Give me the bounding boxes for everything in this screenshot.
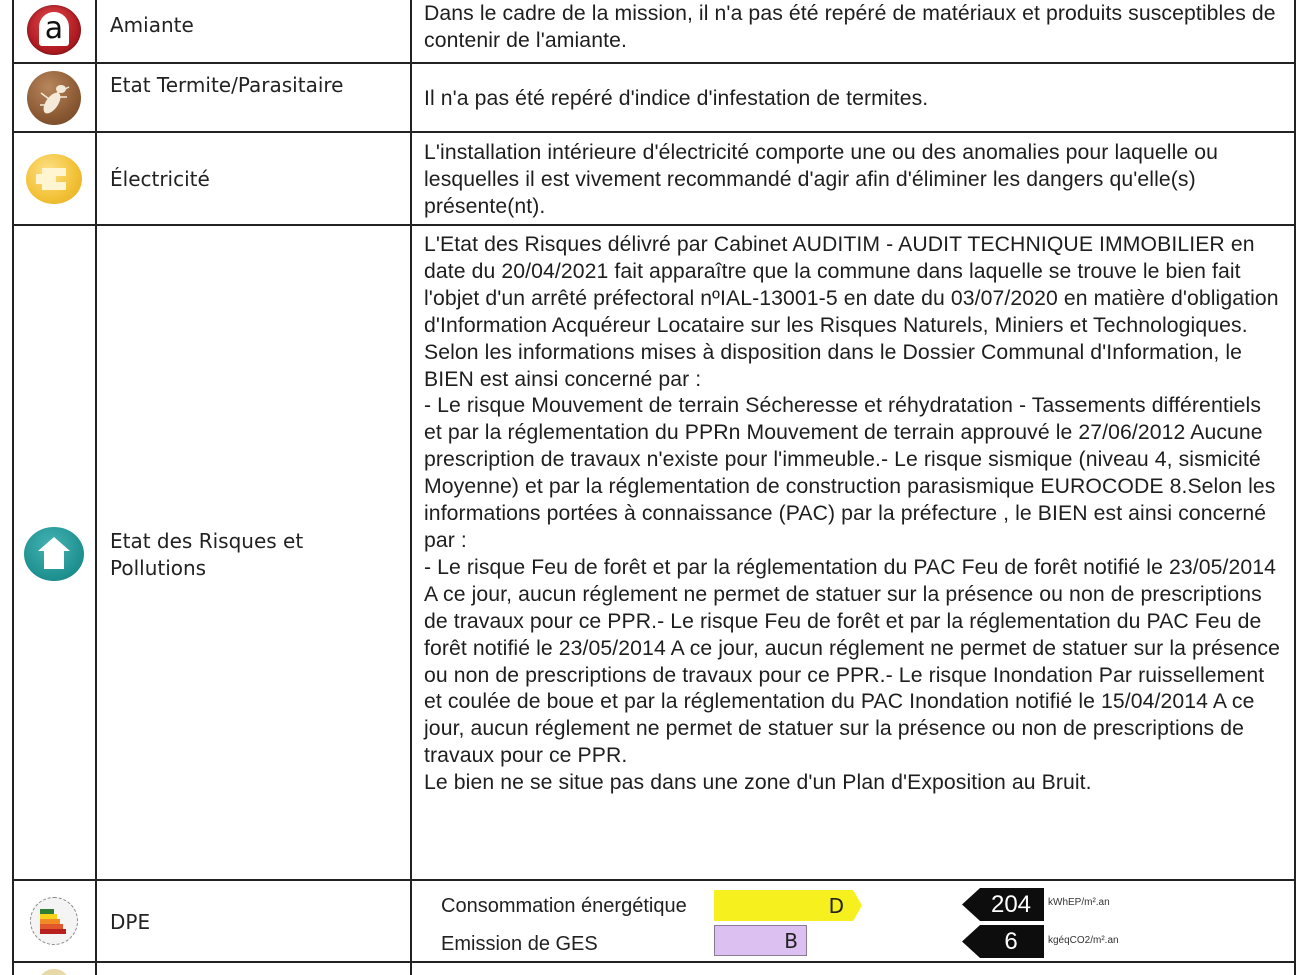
- table-row-termite: Etat Termite/Parasitaire Il n'a pas été …: [12, 62, 1295, 132]
- house-risk-icon: [24, 527, 84, 581]
- dpe-summary: Consommation énergétique D Emission de G…: [424, 881, 1295, 961]
- row-label: DPE: [110, 909, 410, 936]
- energy-rating-icon: [30, 897, 78, 945]
- energy-consumption-label: Consommation énergétique: [441, 895, 687, 918]
- ges-class-bar: B: [714, 925, 807, 956]
- energy-class-bar: D: [714, 890, 862, 921]
- row-description: Dans le cadre de la mission, il n'a pas …: [424, 1, 1284, 55]
- row-label: Électricité: [110, 166, 410, 193]
- energy-unit: kWhEP/m².an: [1048, 897, 1110, 908]
- table-row-electricite: Électricité L'installation intérieure d'…: [12, 131, 1295, 225]
- row-label: Etat des Risques et Pollutions: [110, 528, 350, 582]
- table-row-dpe: DPE Consommation énergétique D Emission …: [12, 879, 1295, 963]
- table-row-amiante: a Amiante Dans le cadre de la mission, i…: [12, 0, 1295, 62]
- table-row-partial: [12, 963, 1295, 975]
- energy-value-arrow: 204: [962, 888, 1044, 921]
- ges-unit: kgéqCO2/m².an: [1048, 935, 1119, 946]
- row-description: Il n'a pas été repéré d'indice d'infesta…: [424, 86, 1284, 113]
- table-row-etat-des-risques: Etat des Risques et Pollutions L'Etat de…: [12, 224, 1295, 881]
- partial-icon: [39, 969, 69, 975]
- row-label: Amiante: [110, 12, 410, 39]
- row-label: Etat Termite/Parasitaire: [110, 72, 410, 99]
- row-description: L'Etat des Risques délivré par Cabinet A…: [424, 232, 1284, 797]
- asbestos-a-icon: a: [27, 5, 81, 55]
- ges-emission-label: Emission de GES: [441, 933, 598, 956]
- termite-icon: [27, 71, 81, 125]
- ges-value-arrow: 6: [962, 925, 1044, 958]
- electric-plug-icon: [26, 154, 82, 204]
- row-description: L'installation intérieure d'électricité …: [424, 140, 1284, 221]
